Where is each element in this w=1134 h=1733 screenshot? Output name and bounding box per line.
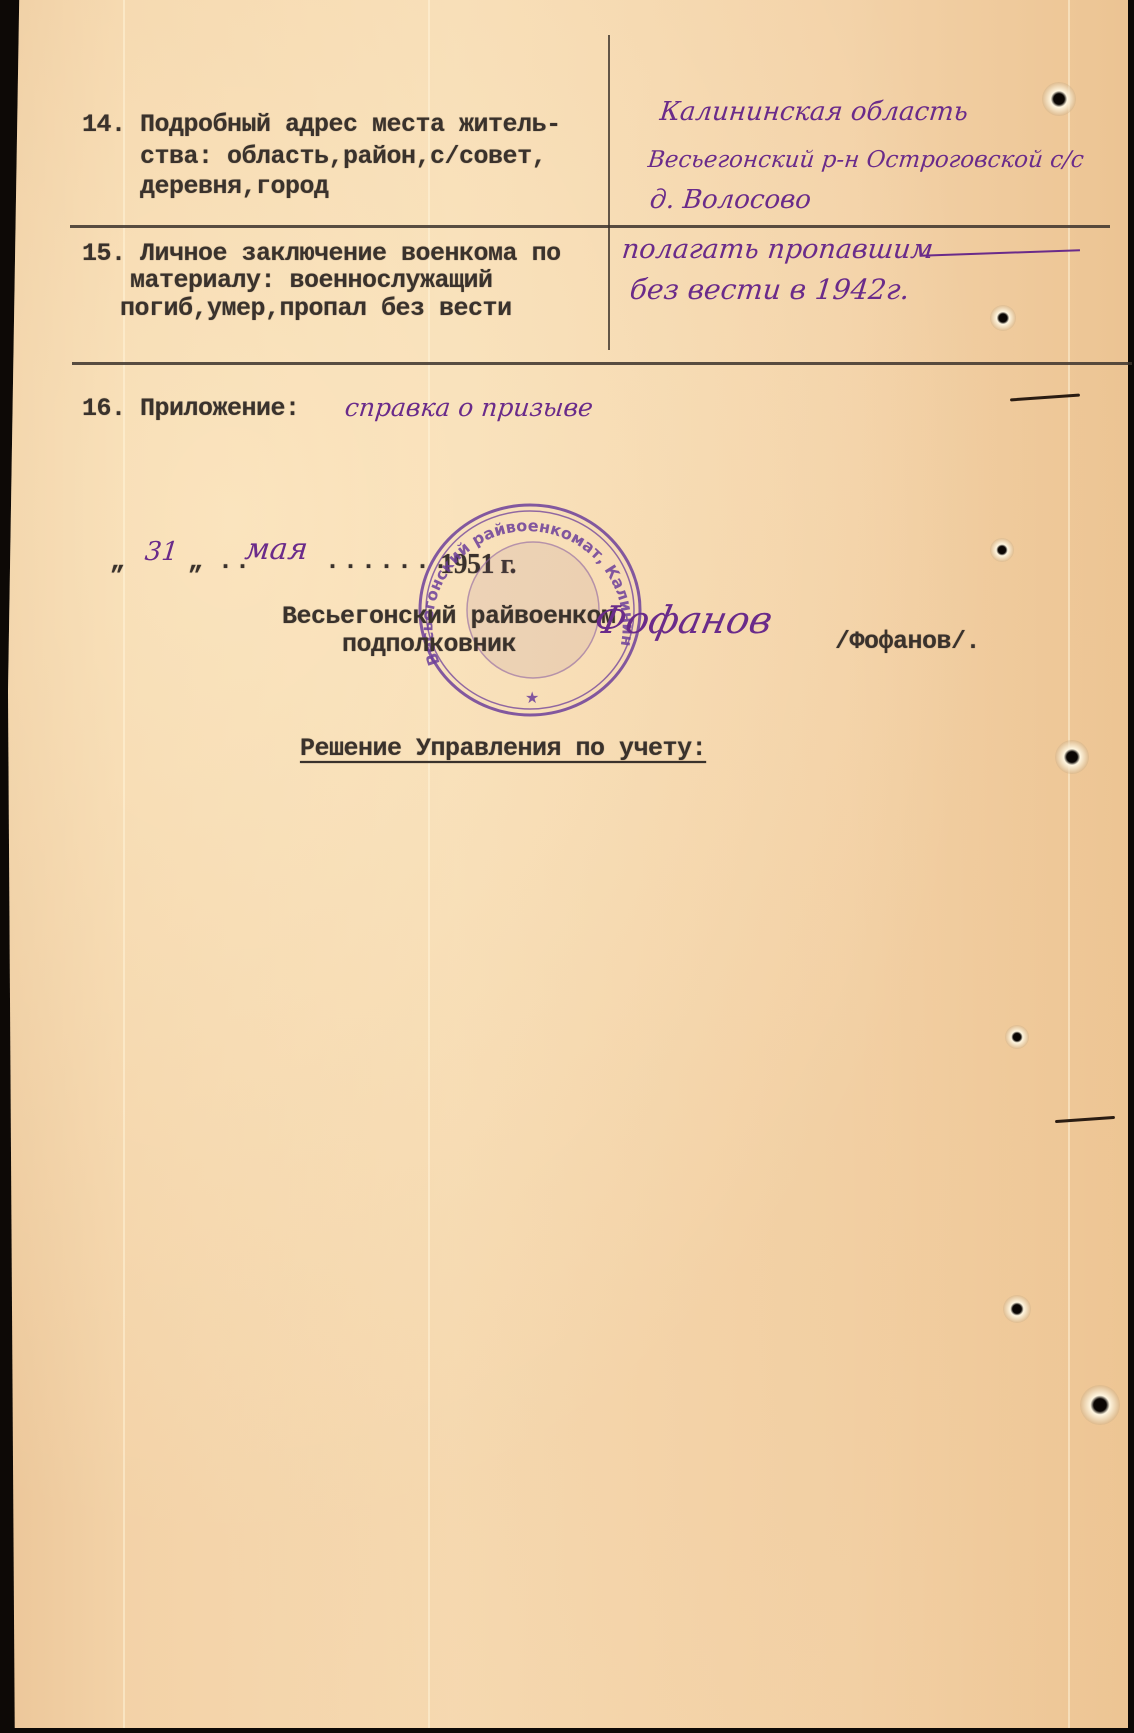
decision-heading: Решение Управления по учету:	[300, 732, 706, 766]
handwritten-address-line: д. Волосово	[648, 180, 813, 220]
date-month: мая	[243, 530, 310, 570]
handwritten-address-line: Весьегонский р-н Остроговской с/с	[646, 140, 1086, 180]
date-day: 31	[143, 532, 180, 572]
binding-hole-icon	[1005, 1025, 1029, 1049]
date-close-quote: „	[188, 545, 203, 579]
item-label-line: деревня,город	[140, 170, 329, 204]
binding-hole-icon	[1042, 82, 1076, 116]
table-row-divider	[72, 362, 1132, 365]
binding-hole-icon	[1080, 1385, 1120, 1425]
binding-hole-icon	[1055, 740, 1089, 774]
binding-hole-icon	[990, 538, 1014, 562]
handwritten-conclusion-line: полагать пропавшим	[620, 230, 935, 270]
table-row-divider	[70, 225, 1110, 228]
handwritten-address-line: Калининская область	[658, 92, 970, 132]
item-number: 14.	[82, 108, 126, 142]
binding-hole-icon	[990, 305, 1016, 331]
item-label-line: ства: область,район,с/совет,	[140, 140, 546, 174]
handwritten-conclusion-line: без вести в 1942г.	[628, 270, 912, 310]
table-column-divider	[608, 35, 610, 350]
handwritten-signature: Фофанов	[591, 600, 776, 640]
star-icon: ★	[525, 690, 539, 707]
binding-hole-icon	[1003, 1295, 1031, 1323]
item-label-line: Подробный адрес места житель-	[140, 108, 561, 142]
item-label-line: погиб,умер,пропал без вести	[120, 292, 512, 326]
paper-crease	[1068, 0, 1070, 1728]
attachment-label: 16. Приложение:	[82, 392, 300, 426]
signer-rank: подполковник	[342, 628, 516, 662]
item-number: 15.	[82, 237, 126, 271]
signer-name: /Фофанов/.	[835, 625, 980, 659]
attachment-value: справка о призыве	[343, 388, 595, 428]
date-open-quote: „	[110, 545, 125, 579]
